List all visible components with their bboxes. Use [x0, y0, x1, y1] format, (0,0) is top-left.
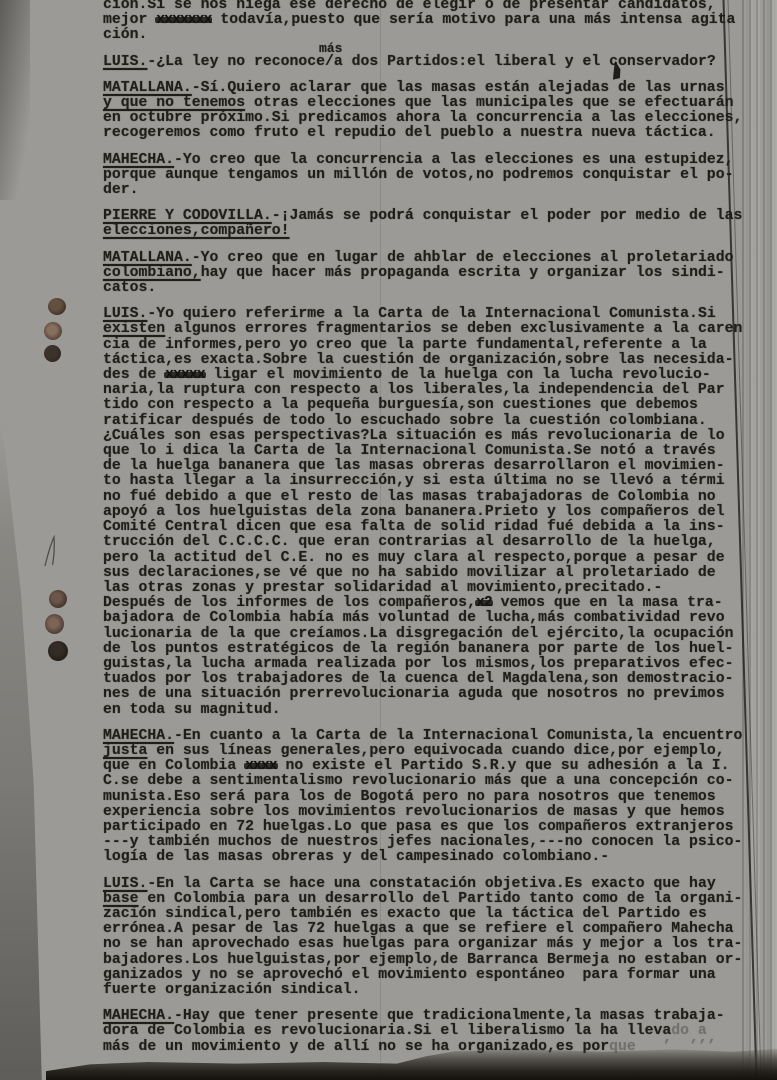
struck-out-text: xxxxxxx — [156, 12, 211, 28]
text-run: colombiano, — [103, 265, 201, 281]
text-run: y que no tenemos — [103, 95, 245, 111]
text-run: -Yo creo que en lugar de ahblar de elecc… — [192, 250, 734, 266]
scan-right-margin — [742, 0, 777, 1080]
text-run: existen — [103, 321, 165, 337]
transcript-paragraph: PIERRE Y CODOVILLA.-¡Jamás se podrá conq… — [103, 209, 758, 239]
transcript-paragraph: LUIS.-En la Carta se hace una constataci… — [103, 877, 758, 999]
hole-punch — [49, 590, 67, 608]
text-run: a dos Partidos:el liberal y el conservad… — [334, 54, 716, 70]
text-run: -Yo creo que la concurrencia a las elecc… — [103, 152, 733, 198]
transcript-paragraph: MAHECHA.-Hay que tener presente que trad… — [103, 1009, 758, 1055]
text-run: -Yo quiero referirme a la Carta de la In… — [147, 306, 715, 322]
hole-punch — [44, 322, 62, 340]
speaker-name: MATALLANA. — [103, 250, 192, 266]
hole-punch — [44, 345, 61, 362]
text-run: -En la Carta se hace una constatación ob… — [147, 876, 715, 892]
speaker-name: MAHECHA. — [103, 1008, 174, 1024]
scan-corner-shadow — [0, 0, 30, 200]
text-run: -Hay que tener presente que tradicionalm… — [103, 1008, 725, 1039]
text-run: en Colombia para un desarrollo del Parti… — [103, 891, 742, 998]
text-run: base — [103, 891, 139, 907]
struck-out-text: x2 — [476, 595, 492, 611]
text-run: -En cuanto a la Carta de la Internaciona… — [174, 728, 742, 744]
speaker-name: PIERRE Y CODOVILLA. — [103, 208, 272, 224]
speaker-name: LUIS. — [103, 54, 147, 70]
transcript-paragraph: MAHECHA.-En cuanto a la Carta de la Inte… — [103, 729, 758, 866]
scan-left-edge-shadow — [0, 420, 58, 1080]
text-run: -¿La ley no reconoce — [147, 54, 325, 70]
typed-insertion: más/ — [325, 54, 334, 70]
typewritten-text: ción.Si se nos niega ese derecho de eleg… — [103, 0, 758, 1066]
speaker-name: MATALLANA. — [103, 80, 192, 96]
speaker-name: MAHECHA. — [103, 728, 174, 744]
struck-out-text: xxxx — [245, 758, 277, 774]
hole-punch — [48, 298, 66, 315]
text-run: justa — [103, 743, 147, 759]
text-run: do a — [671, 1023, 707, 1039]
transcript-paragraph: MATALLANA.-Sí.Quiero aclarar que las mas… — [103, 81, 758, 142]
transcript-paragraph: MATALLANA.-Yo creo que en lugar de ahbla… — [103, 251, 758, 297]
text-run: no existe el Partido S.R.y que su adhesi… — [103, 758, 742, 865]
text-run: -Sí.Quiero aclarar que las masas están a… — [192, 80, 725, 96]
text-run: elecciones,compañero! — [103, 223, 289, 239]
text-run: ligar el movimiento de la huelga con la … — [103, 367, 725, 611]
struck-out-text: xxxxx — [165, 367, 204, 383]
handwritten-caret-mark — [42, 535, 60, 569]
transcript-paragraph: MAHECHA.-Yo creo que la concurrencia a l… — [103, 153, 758, 199]
hole-punch — [48, 641, 68, 661]
text-run: -¡Jamás se podrá conquistar el poder por… — [272, 208, 743, 224]
speaker-name: MAHECHA. — [103, 152, 174, 168]
hole-punch — [45, 614, 64, 634]
scanned-page: ción.Si se nos niega ese derecho de eleg… — [0, 0, 777, 1080]
speaker-name: LUIS. — [103, 876, 147, 892]
text-run: vemos que en la masa tra- bajadora de Co… — [103, 595, 733, 717]
inserted-word: más — [319, 42, 342, 55]
transcript-paragraph: LUIS.-¿La ley no reconocemás/a dos Parti… — [103, 55, 758, 70]
transcript-paragraph: LUIS.-Yo quiero referirme a la Carta de … — [103, 307, 758, 717]
transcript-paragraph: ción.Si se nos niega ese derecho de eleg… — [103, 0, 758, 44]
speaker-name: LUIS. — [103, 306, 147, 322]
